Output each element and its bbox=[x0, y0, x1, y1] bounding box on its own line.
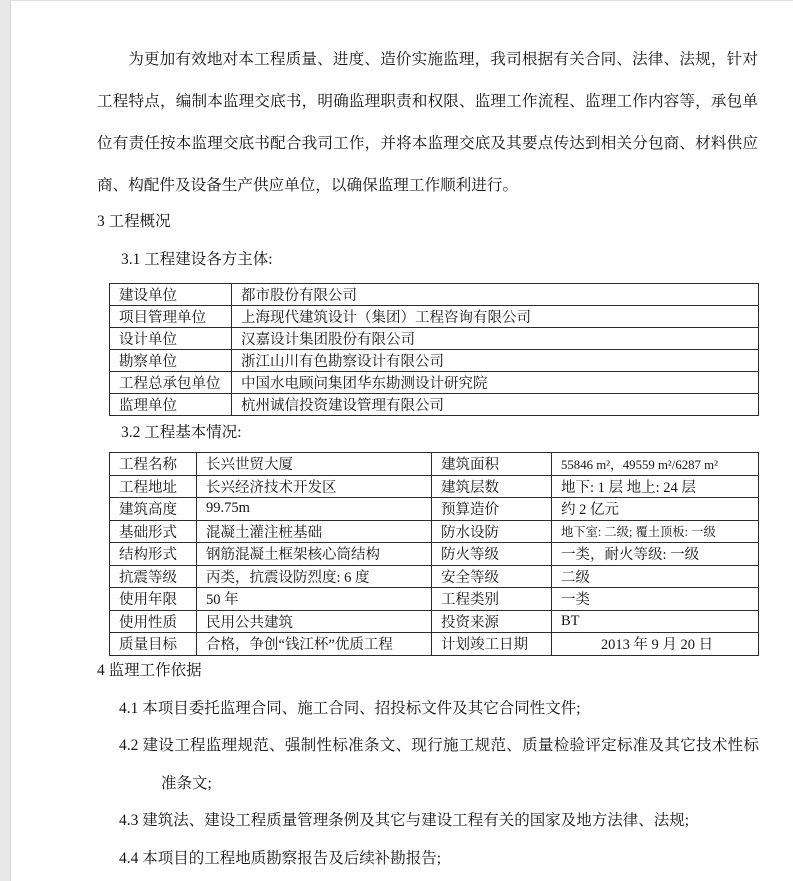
table-row: 勘察单位浙江山川有色勘察设计有限公司 bbox=[110, 350, 759, 372]
table-cell: 2013 年 9 月 20 日 bbox=[552, 633, 759, 656]
table-cell: BT bbox=[552, 610, 759, 633]
list-item-4-4: 4.4 本项目的工程地质勘察报告及后续补勘报告; bbox=[119, 840, 759, 878]
list-item-4-1: 4.1 本项目委托监理合同、施工合同、招投标文件及其它合同性文件; bbox=[119, 690, 759, 728]
project-parties-table: 建设单位都市股份有限公司项目管理单位上海现代建筑设计（集团）工程咨询有限公司设计… bbox=[109, 283, 759, 416]
table-cell: 一类 bbox=[552, 588, 759, 611]
table-row: 项目管理单位上海现代建筑设计（集团）工程咨询有限公司 bbox=[110, 306, 759, 328]
table-cell: 建筑面积 bbox=[432, 453, 552, 476]
table-row: 工程地址长兴经济技术开发区建筑层数地下: 1 层 地上: 24 层 bbox=[110, 475, 759, 498]
section-4-heading: 4 监理工作依据 bbox=[97, 660, 758, 682]
table-cell: 99.75m bbox=[197, 498, 432, 521]
table-cell: 使用年限 bbox=[110, 588, 197, 611]
document-content: 为更加有效地对本工程质量、进度、造价实施监理，我司根据有关合同、法律、法规，针对… bbox=[11, 1, 793, 877]
table-cell: 钢筋混凝土框架核心筒结构 bbox=[197, 543, 432, 566]
table-cell: 一类，耐火等级: 一级 bbox=[552, 543, 759, 566]
table-row: 使用性质民用公共建筑投资来源BT bbox=[110, 610, 759, 633]
table-row: 工程名称长兴世贸大厦建筑面积55846 m²，49559 m²/6287 m² bbox=[110, 453, 759, 476]
table-cell: 防水设防 bbox=[432, 520, 552, 543]
table-cell: 混凝土灌注桩基础 bbox=[197, 520, 432, 543]
section-3-heading: 3 工程概况 bbox=[97, 211, 758, 233]
table-cell: 防火等级 bbox=[432, 543, 552, 566]
table-cell: 上海现代建筑设计（集团）工程咨询有限公司 bbox=[232, 306, 759, 328]
table-cell: 计划竣工日期 bbox=[432, 633, 552, 656]
table-cell: 工程类别 bbox=[432, 588, 552, 611]
table-cell: 使用性质 bbox=[110, 610, 197, 633]
table-cell: 结构形式 bbox=[110, 543, 197, 566]
intro-paragraph: 为更加有效地对本工程质量、进度、造价实施监理，我司根据有关合同、法律、法规，针对… bbox=[97, 39, 758, 207]
table-cell: 安全等级 bbox=[432, 565, 552, 588]
table-cell: 民用公共建筑 bbox=[197, 610, 432, 633]
table-cell: 合格，争创“钱江杯”优质工程 bbox=[197, 633, 432, 656]
table-cell: 都市股份有限公司 bbox=[232, 284, 759, 306]
document-page: 为更加有效地对本工程质量、进度、造价实施监理，我司根据有关合同、法律、法规，针对… bbox=[10, 0, 793, 881]
table-cell: 工程地址 bbox=[110, 475, 197, 498]
table-row: 工程总承包单位中国水电顾问集团华东勘测设计研究院 bbox=[110, 372, 759, 394]
table-cell: 预算造价 bbox=[432, 498, 552, 521]
project-basics-table: 工程名称长兴世贸大厦建筑面积55846 m²，49559 m²/6287 m²工… bbox=[109, 452, 759, 656]
table-cell: 工程名称 bbox=[110, 453, 197, 476]
table-cell: 55846 m²，49559 m²/6287 m² bbox=[552, 453, 759, 476]
table-cell: 地下室: 二级; 覆土顶板: 一级 bbox=[552, 520, 759, 543]
table-cell: 勘察单位 bbox=[110, 350, 232, 372]
table-cell: 监理单位 bbox=[110, 394, 232, 416]
section-4-list: 4.1 本项目委托监理合同、施工合同、招投标文件及其它合同性文件; 4.2 建设… bbox=[119, 690, 759, 878]
table-cell: 项目管理单位 bbox=[110, 306, 232, 328]
table-cell: 50 年 bbox=[197, 588, 432, 611]
table-cell: 基础形式 bbox=[110, 520, 197, 543]
table-row: 使用年限50 年工程类别一类 bbox=[110, 588, 759, 611]
table-cell: 投资来源 bbox=[432, 610, 552, 633]
table-cell: 汉嘉设计集团股份有限公司 bbox=[232, 328, 759, 350]
table-cell: 丙类，抗震设防烈度: 6 度 bbox=[197, 565, 432, 588]
table-cell: 约 2 亿元 bbox=[552, 498, 759, 521]
list-item-4-3: 4.3 建筑法、建设工程质量管理条例及其它与建设工程有关的国家及地方法律、法规; bbox=[119, 802, 759, 840]
table-row: 监理单位杭州诚信投资建设管理有限公司 bbox=[110, 394, 759, 416]
table-cell: 地下: 1 层 地上: 24 层 bbox=[552, 475, 759, 498]
list-item-4-2: 4.2 建设工程监理规范、强制性标准条文、现行施工规范、质量检验评定标准及其它技… bbox=[119, 727, 759, 802]
section-3-1-heading: 3.1 工程建设各方主体: bbox=[121, 249, 758, 271]
table-cell: 建设单位 bbox=[110, 284, 232, 306]
table-row: 建设单位都市股份有限公司 bbox=[110, 284, 759, 306]
table-cell: 杭州诚信投资建设管理有限公司 bbox=[232, 394, 759, 416]
table-cell: 设计单位 bbox=[110, 328, 232, 350]
table-row: 质量目标合格，争创“钱江杯”优质工程计划竣工日期2013 年 9 月 20 日 bbox=[110, 633, 759, 656]
table-cell: 长兴经济技术开发区 bbox=[197, 475, 432, 498]
table-row: 基础形式混凝土灌注桩基础防水设防地下室: 二级; 覆土顶板: 一级 bbox=[110, 520, 759, 543]
table-cell: 建筑高度 bbox=[110, 498, 197, 521]
table-row: 建筑高度99.75m预算造价约 2 亿元 bbox=[110, 498, 759, 521]
table-cell: 长兴世贸大厦 bbox=[197, 453, 432, 476]
table-cell: 浙江山川有色勘察设计有限公司 bbox=[232, 350, 759, 372]
table-row: 结构形式钢筋混凝土框架核心筒结构防火等级一类，耐火等级: 一级 bbox=[110, 543, 759, 566]
table-cell: 工程总承包单位 bbox=[110, 372, 232, 394]
table-cell: 中国水电顾问集团华东勘测设计研究院 bbox=[232, 372, 759, 394]
section-3-2-heading: 3.2 工程基本情况: bbox=[121, 422, 758, 444]
table-row: 设计单位汉嘉设计集团股份有限公司 bbox=[110, 328, 759, 350]
table-cell: 质量目标 bbox=[110, 633, 197, 656]
table-cell: 二级 bbox=[552, 565, 759, 588]
table-cell: 抗震等级 bbox=[110, 565, 197, 588]
table-cell: 建筑层数 bbox=[432, 475, 552, 498]
table-row: 抗震等级丙类，抗震设防烈度: 6 度安全等级二级 bbox=[110, 565, 759, 588]
